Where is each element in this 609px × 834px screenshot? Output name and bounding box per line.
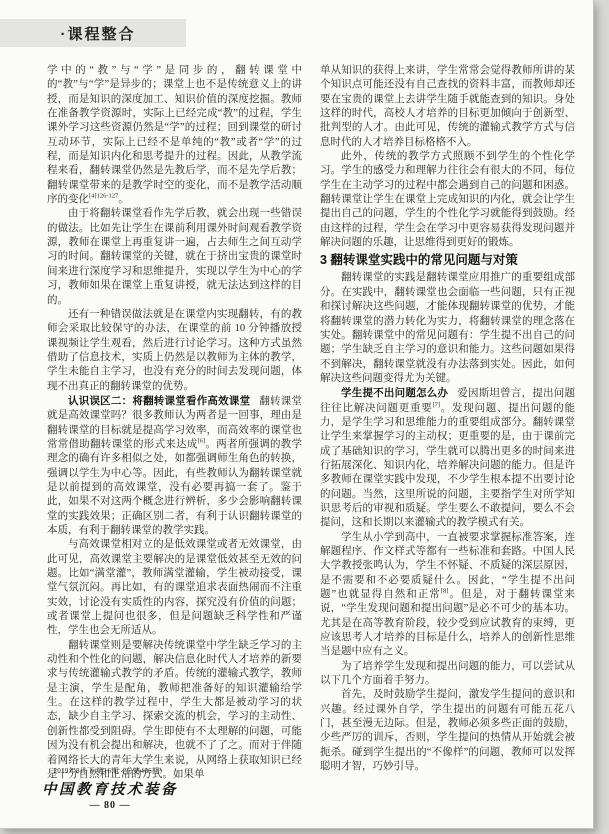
- paragraph: 学中的“教”与“学”是同步的，翻转课堂中的“教”与“学”是异步的；课堂上也不是传…: [47, 64, 302, 207]
- paragraph: 学生提不出问题怎么办爱因斯坦曾言，提出问题往往比解决问题更重要[7]。发现问题、…: [320, 386, 575, 530]
- paragraph-text: 与高效课堂相对立的是低效课堂或者无效课堂，由此可见，高效课堂主要解决的是课堂低效…: [47, 539, 302, 636]
- paragraph-text: 为了培养学生发现和提出问题的能力，可以尝试从以下几个方面着手努力。: [320, 661, 575, 686]
- paragraph: 此外，传统的教学方式照顾不到学生的个性化学习。学生的感受力和理解力往往会有很大的…: [320, 150, 575, 250]
- paragraph-text: 此外，传统的教学方式照顾不到学生的个性化学习。学生的感受力和理解力往往会有很大的…: [320, 151, 575, 248]
- paragraph: 还有一种错误做法就是在课堂内实现翻转，有的教师会采取比较保守的办法，在课堂的前 …: [47, 308, 302, 394]
- paragraph: 翻转课堂则是要解决传统课堂中学生缺乏学习的主动性和个性化的问题，解决信息化时代人…: [47, 639, 302, 782]
- paragraph-text: 。: [118, 194, 129, 205]
- run-in-heading: 学生提不出问题怎么办: [341, 387, 448, 399]
- journal-name: 中国教育技术装备: [30, 778, 190, 799]
- paragraph: 翻转课堂的实践是翻转课堂应用推广的重要组成部分。在实践中，翻转课堂也会面临一些问…: [320, 271, 575, 386]
- right-column: 单从知识的获得上来讲，学生常常会觉得教师所讲的某个知识点可能还没有自己查找的资料…: [320, 64, 575, 782]
- paragraph: 首先，及时鼓励学生提问，激发学生提问的意识和兴趣。经过课外自学，学生提出的问题有…: [320, 688, 575, 774]
- paragraph: 单从知识的获得上来讲，学生常常会觉得教师所讲的某个知识点可能还没有自己查找的资料…: [320, 64, 575, 150]
- paragraph: 为了培养学生发现和提出问题的能力，可以尝试从以下几个方面着手努力。: [320, 660, 575, 689]
- paragraph-text: 还有一种错误做法就是在课堂内实现翻转，有的教师会采取比较保守的办法，在课堂的前 …: [47, 309, 302, 392]
- article-body: 学中的“教”与“学”是同步的，翻转课堂中的“教”与“学”是异步的；课堂上也不是传…: [47, 64, 575, 782]
- paragraph-text: 。两者所强调的教学理念的确有许多相似之处，如都强调师生角色的转换，强调以学生为中…: [47, 439, 302, 536]
- paragraph-text: 首先，及时鼓励学生提问，激发学生提问的意识和兴趣。经过课外自学，学生提出的问题有…: [320, 689, 575, 772]
- paragraph-text: 翻转课堂则是要解决传统课堂中学生缺乏学习的主动性和个性化的问题，解决信息化时代人…: [47, 640, 302, 780]
- paragraph: 学生从小学到高中，一直被要求掌握标准答案，连解题程序、作文样式等都有一些标准和套…: [320, 531, 575, 660]
- issue-info: 2019年8月下 第16期（总第466期）: [30, 766, 190, 776]
- column-section-badge: ·课程整合: [0, 19, 186, 47]
- journal-page: ·课程整合 学中的“教”与“学”是同步的，翻转课堂中的“教”与“学”是异步的；课…: [0, 0, 593, 828]
- paragraph: 与高效课堂相对立的是低效课堂或者无效课堂，由此可见，高效课堂主要解决的是课堂低效…: [47, 538, 302, 638]
- paragraph-text: 。发现问题、提出问题的能力，是学生学习和思维能力的重要组成部分。翻转课堂让学生来…: [320, 403, 575, 529]
- left-column: 学中的“教”与“学”是同步的，翻转课堂中的“教”与“学”是异步的；课堂上也不是传…: [47, 64, 302, 782]
- paragraph: 认识误区二：将翻转课堂看作高效课堂翻转课堂就是高效课堂吗？很多教师认为两者是一回…: [47, 394, 302, 538]
- page-number: — 80 —: [30, 800, 190, 811]
- citation-ref: [4]126-127: [89, 193, 118, 200]
- badge-label: ·课程整合: [61, 23, 136, 44]
- paragraph-text: 翻转课堂的实践是翻转课堂应用推广的重要组成部分。在实践中，翻转课堂也会面临一些问…: [320, 272, 575, 383]
- paragraph-text: 学中的“教”与“学”是同步的，翻转课堂中的“教”与“学”是异步的；课堂上也不是传…: [47, 65, 302, 205]
- citation-ref: [7]: [432, 401, 440, 408]
- paragraph-text: 由于将翻转课堂看作先学后教，就会出现一些错误的做法。比如先让学生在课前利用课外时…: [47, 208, 302, 305]
- paragraph-text: 单从知识的获得上来讲，学生常常会觉得教师所讲的某个知识点可能还没有自己查找的资料…: [320, 65, 575, 148]
- run-in-heading: 认识误区二：将翻转课堂看作高效课堂: [68, 395, 250, 407]
- page-footer: 2019年8月下 第16期（总第466期） 中国教育技术装备 — 80 —: [30, 766, 190, 811]
- paragraph: 由于将翻转课堂看作先学后教，就会出现一些错误的做法。比如先让学生在课前利用课外时…: [47, 207, 302, 307]
- section-heading: 3 翻转课堂实践中的常见问题与对策: [320, 252, 575, 269]
